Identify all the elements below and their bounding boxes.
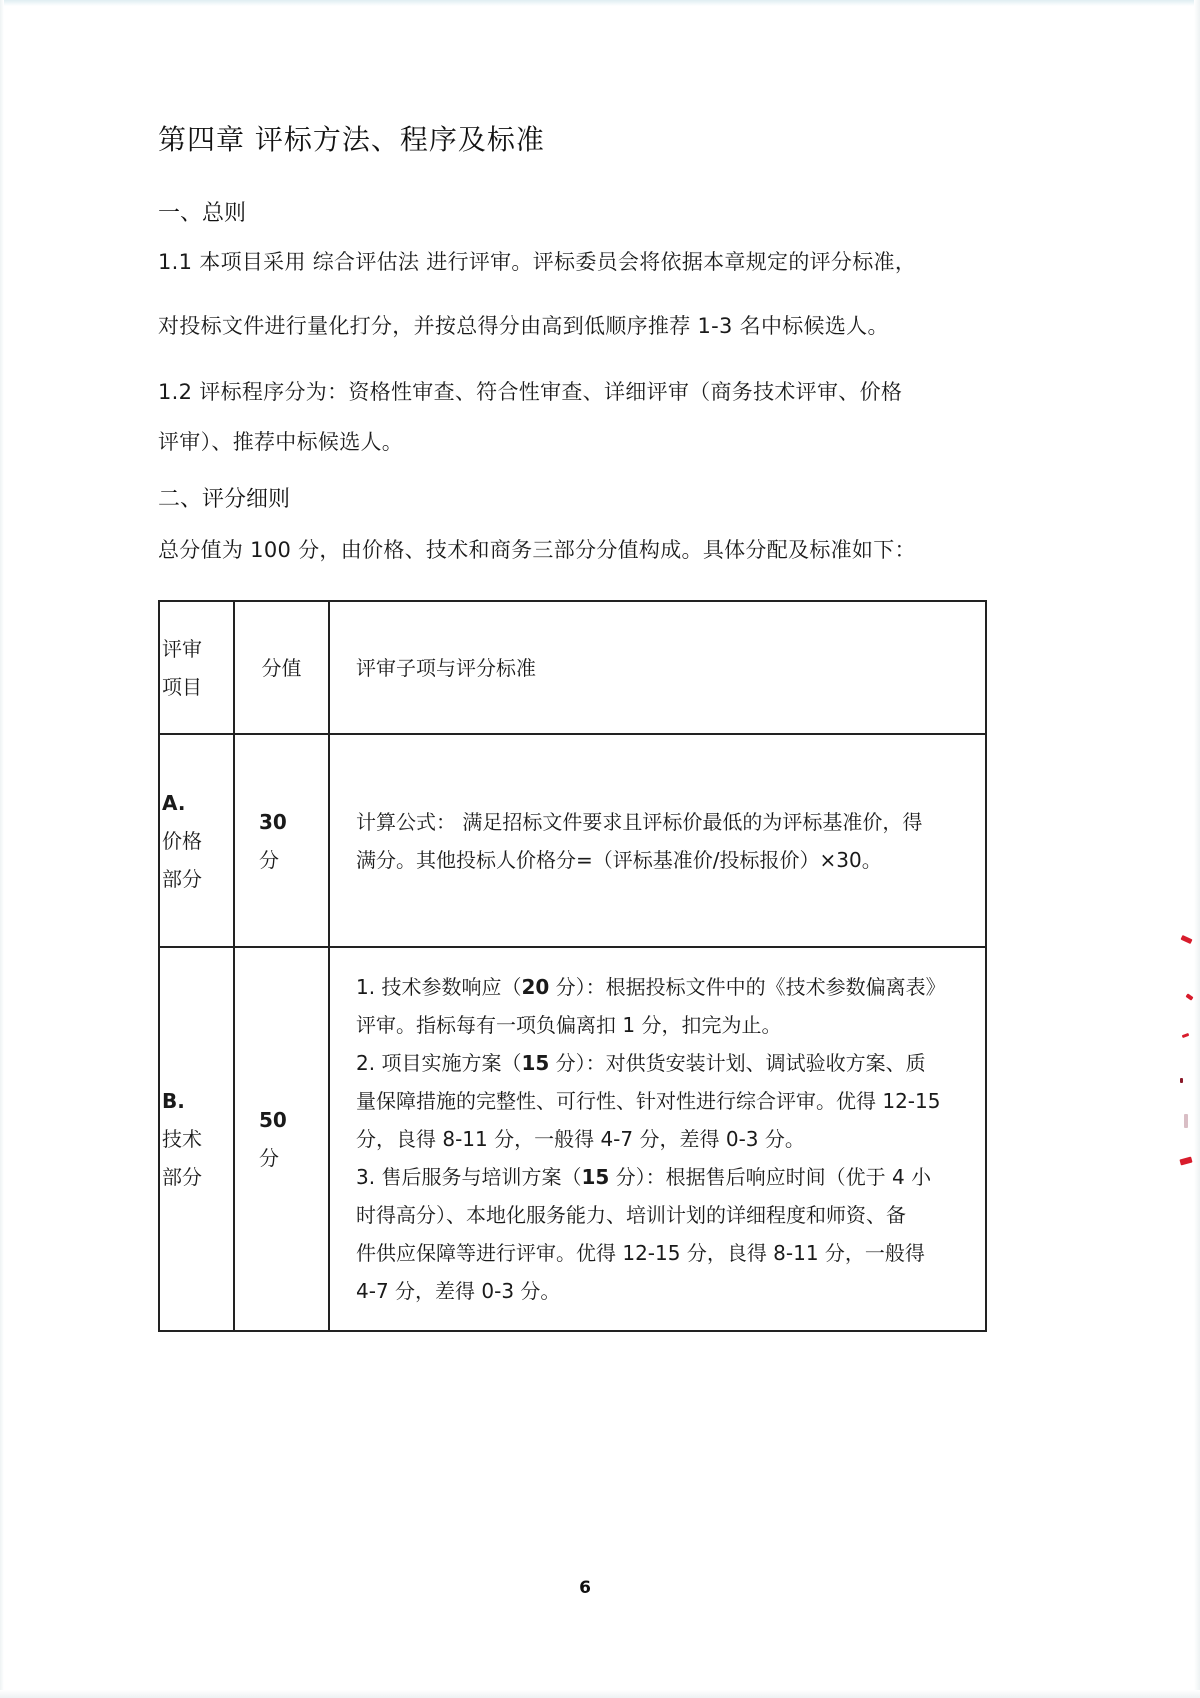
document-page: 第四章 评标方法、程序及标准 一、总则 1.1 本项目采用 综合评估法 进行评审… — [0, 0, 1200, 1698]
seal-fragment — [1185, 993, 1193, 1000]
criteria-line: 3. 售后服务与培训方案（15 分）：根据售后响应时间（优于 4 小 — [356, 1158, 985, 1196]
item-name-line-1: 价格 — [162, 822, 233, 860]
row-tech-score: 50 分 — [234, 947, 329, 1331]
criteria-line: 4-7 分，差得 0-3 分。 — [356, 1272, 985, 1310]
row-price-criteria: 计算公式： 满足招标文件要求且评标价最低的为评标基准价，得 满分。其他投标人价格… — [329, 734, 986, 947]
item-code: B. — [162, 1082, 233, 1120]
header-review-item: 评审 项目 — [159, 601, 234, 734]
criteria-line: 2. 项目实施方案（15 分）：对供货安装计划、调试验收方案、质 — [356, 1044, 985, 1082]
table-row-price: A. 价格 部分 30 分 计算公式： 满足招标文件要求且评标价最低的为评标基准… — [159, 734, 986, 947]
row-price-score: 30 分 — [234, 734, 329, 947]
criteria-line: 分，良得 8-11 分，一般得 4-7 分，差得 0-3 分。 — [356, 1120, 985, 1158]
header-item-line-2: 项目 — [162, 668, 233, 706]
page-number: 6 — [0, 1578, 1170, 1598]
paragraph-1-1-line-1: 1.1 本项目采用 综合评估法 进行评审。评标委员会将依据本章规定的评分标准， — [158, 246, 916, 276]
chapter-title: 第四章 评标方法、程序及标准 — [158, 118, 545, 158]
header-score: 分值 — [234, 601, 329, 734]
seal-fragment — [1180, 1078, 1183, 1083]
score-unit: 分 — [235, 1139, 328, 1177]
header-criteria-label: 评审子项与评分标准 — [356, 656, 536, 680]
seal-fragment — [1184, 1114, 1188, 1128]
criteria-line: 量保障措施的完整性、可行性、针对性进行综合评审。优得 12-15 — [356, 1082, 985, 1120]
row-price-item: A. 价格 部分 — [159, 734, 234, 947]
paragraph-1-2-line-2: 评审）、推荐中标候选人。 — [158, 426, 403, 456]
item-name-line-2: 部分 — [162, 1158, 233, 1196]
paragraph-1-2-line-1: 1.2 评标程序分为：资格性审查、符合性审查、详细评审（商务技术评审、价格 — [158, 376, 902, 406]
criteria-line: 1. 技术参数响应（20 分）：根据投标文件中的《技术参数偏离表》 — [356, 968, 985, 1006]
table-row-technical: B. 技术 部分 50 分 1. 技术参数响应（20 分）：根据投标文件中的《技… — [159, 947, 986, 1331]
section-heading-scoring-details: 二、评分细则 — [158, 482, 290, 513]
seal-fragment — [1179, 1157, 1192, 1166]
table-header-row: 评审 项目 分值 评审子项与评分标准 — [159, 601, 986, 734]
scoring-intro: 总分值为 100 分，由价格、技术和商务三部分分值构成。具体分配及标准如下： — [158, 534, 916, 564]
score-value: 30 — [235, 803, 328, 841]
item-name-line-2: 部分 — [162, 860, 233, 898]
item-code: A. — [162, 784, 233, 822]
header-criteria: 评审子项与评分标准 — [329, 601, 986, 734]
paragraph-1-1-line-2: 对投标文件进行量化打分，并按总得分由高到低顺序推荐 1-3 名中标候选人。 — [158, 310, 889, 340]
score-unit: 分 — [235, 841, 328, 879]
section-heading-general: 一、总则 — [158, 196, 246, 227]
criteria-line: 满分。其他投标人价格分=（评标基准价/投标报价）×30。 — [356, 841, 985, 879]
scoring-table: 评审 项目 分值 评审子项与评分标准 A. 价格 部分 30 分 计算公式： 满… — [158, 600, 987, 1332]
row-tech-criteria: 1. 技术参数响应（20 分）：根据投标文件中的《技术参数偏离表》 评审。指标每… — [329, 947, 986, 1331]
criteria-line: 评审。指标每有一项负偏离扣 1 分，扣完为止。 — [356, 1006, 985, 1044]
seal-fragment — [1182, 1033, 1190, 1038]
seal-fragment — [1180, 935, 1192, 944]
criteria-line: 时得高分）、本地化服务能力、培训计划的详细程度和师资、备 — [356, 1196, 985, 1234]
criteria-line: 件供应保障等进行评审。优得 12-15 分，良得 8-11 分，一般得 — [356, 1234, 985, 1272]
row-tech-item: B. 技术 部分 — [159, 947, 234, 1331]
criteria-line: 计算公式： 满足招标文件要求且评标价最低的为评标基准价，得 — [356, 803, 985, 841]
score-value: 50 — [235, 1101, 328, 1139]
header-item-line-1: 评审 — [162, 630, 233, 668]
item-name-line-1: 技术 — [162, 1120, 233, 1158]
